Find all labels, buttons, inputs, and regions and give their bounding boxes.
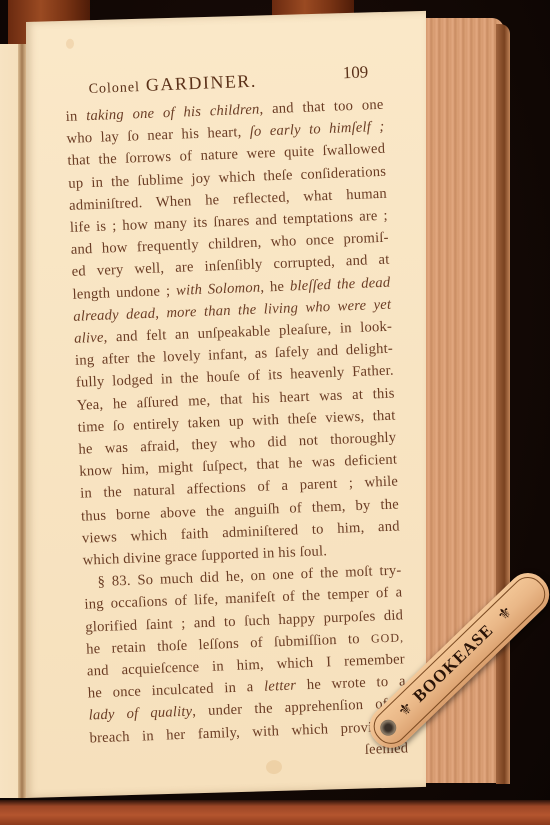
running-title-prefix: Colonel: [88, 80, 140, 97]
text-segment: GOD,: [371, 630, 405, 645]
italic-text: with Solomon: [176, 279, 261, 298]
body-text: in taking one of his children, and that …: [65, 94, 407, 750]
italic-text: alive: [74, 330, 104, 347]
text-segment: in: [65, 108, 86, 125]
running-title-main: GARDINER.: [146, 71, 258, 95]
book-photograph: Colonel GARDINER. 109 in taking one of h…: [0, 0, 550, 825]
italic-text: lady of quality: [88, 704, 192, 724]
running-title: Colonel GARDINER.: [88, 71, 257, 98]
foxing-spot: [66, 39, 74, 49]
page-number: 109: [342, 62, 368, 83]
italic-text: bleſſed the dead: [290, 274, 391, 294]
text-segment: he wrote to a: [296, 674, 406, 694]
book-gutter: [18, 44, 26, 798]
italic-text: ſo early to himſelf ;: [249, 119, 384, 140]
page-text: Colonel GARDINER. 109 in taking one of h…: [64, 60, 409, 772]
text-segment: , and that too one: [259, 97, 384, 118]
text-segment: , he: [260, 278, 290, 295]
italic-text: letter: [264, 678, 297, 695]
wooden-base: [0, 800, 550, 825]
text-segment: length undone ;: [72, 282, 176, 302]
